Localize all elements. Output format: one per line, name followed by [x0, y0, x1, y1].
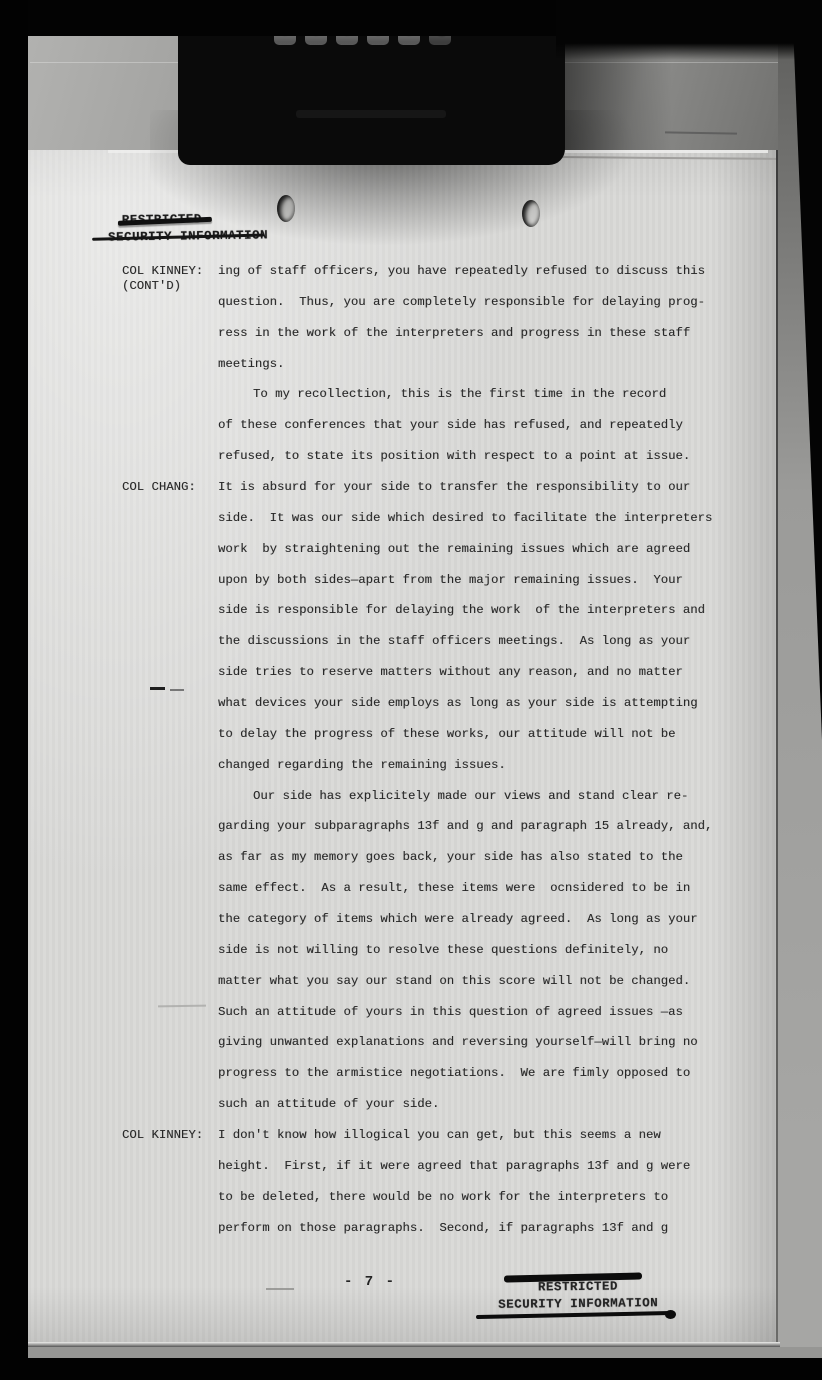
document-page: RESTRICTED SECURITY INFORMATION COL KINN…	[28, 150, 780, 1346]
transcript-line: upon by both sides—apart from the major …	[218, 565, 748, 596]
transcript-line: the discussions in the staff officers me…	[218, 626, 748, 657]
transcript-line: COL KINNEY:I don't know how illogical yo…	[218, 1120, 748, 1151]
transcript-line: to delay the progress of these works, ou…	[218, 719, 748, 750]
speaker-label: COL CHANG:	[122, 480, 196, 495]
security-information-stamp-struck: SECURITY INFORMATION	[108, 228, 268, 244]
transcript-line: same effect. As a result, these items we…	[218, 873, 748, 904]
classification-stamp-header: RESTRICTED SECURITY INFORMATION	[108, 210, 338, 244]
transcript-line: height. First, if it were agreed that pa…	[218, 1151, 748, 1182]
film-frame-top-right	[556, 0, 800, 60]
transcript-line: question. Thus, you are completely respo…	[218, 287, 748, 318]
transcript-line: refused, to state its position with resp…	[218, 441, 748, 472]
pencil-mark	[266, 1288, 294, 1290]
transcript-line: meetings.	[218, 349, 748, 380]
transcript-line: COL CHANG:It is absurd for your side to …	[218, 472, 748, 503]
transcript-line: work by straightening out the remaining …	[218, 534, 748, 565]
page-bottom-edge	[28, 1342, 780, 1347]
transcript-line: To my recollection, this is the first ti…	[218, 379, 748, 410]
transcript-body: COL KINNEY:(CONT'D)ing of staff officers…	[218, 256, 748, 1244]
margin-dash-mark	[158, 1005, 206, 1008]
restricted-stamp-struck: RESTRICTED	[470, 1279, 686, 1295]
transcript-line: as far as my memory goes back, your side…	[218, 842, 748, 873]
classification-stamp-footer: RESTRICTED SECURITY INFORMATION	[470, 1269, 686, 1299]
film-frame-bottom	[0, 1358, 822, 1380]
transcript-line: matter what you say our stand on this sc…	[218, 966, 748, 997]
speaker-label: COL KINNEY:(CONT'D)	[122, 264, 203, 293]
transcript-line: side is not willing to resolve these que…	[218, 935, 748, 966]
speaker-label: COL KINNEY:	[122, 1128, 203, 1143]
transcript-line: perform on those paragraphs. Second, if …	[218, 1213, 748, 1244]
transcript-line: ress in the work of the interpreters and…	[218, 318, 748, 349]
transcript-line: COL KINNEY:(CONT'D)ing of staff officers…	[218, 256, 748, 287]
margin-dash-mark	[170, 689, 184, 691]
transcript-line: Our side has explicitely made our views …	[218, 781, 748, 812]
transcript-line: giving unwanted explanations and reversi…	[218, 1027, 748, 1058]
transcript-line: Such an attitude of yours in this questi…	[218, 997, 748, 1028]
restricted-stamp-struck: RESTRICTED	[122, 212, 202, 227]
transcript-line: of these conferences that your side has …	[218, 410, 748, 441]
transcript-line: side is responsible for delaying the wor…	[218, 595, 748, 626]
transcript-line: garding your subparagraphs 13f and g and…	[218, 811, 748, 842]
transcript-line: what devices your side employs as long a…	[218, 688, 748, 719]
transcript-line: progress to the armistice negotiations. …	[218, 1058, 748, 1089]
security-information-stamp-struck: SECURITY INFORMATION	[470, 1296, 686, 1312]
film-frame-left	[0, 0, 28, 1380]
transcript-line: side tries to reserve matters without an…	[218, 657, 748, 688]
device-slot	[296, 110, 446, 118]
transcript-line: side. It was our side which desired to f…	[218, 503, 748, 534]
margin-dash-mark	[150, 687, 165, 690]
transcript-line: such an attitude of your side.	[218, 1089, 748, 1120]
strike-underline	[476, 1311, 672, 1319]
page-number: - 7 -	[344, 1274, 396, 1290]
transcript-line: to be deleted, there would be no work fo…	[218, 1182, 748, 1213]
transcript-line: the category of items which were already…	[218, 904, 748, 935]
punch-hole-icon	[522, 200, 540, 227]
under-sheet-edge	[558, 156, 783, 160]
transcript-line: changed regarding the remaining issues.	[218, 750, 748, 781]
